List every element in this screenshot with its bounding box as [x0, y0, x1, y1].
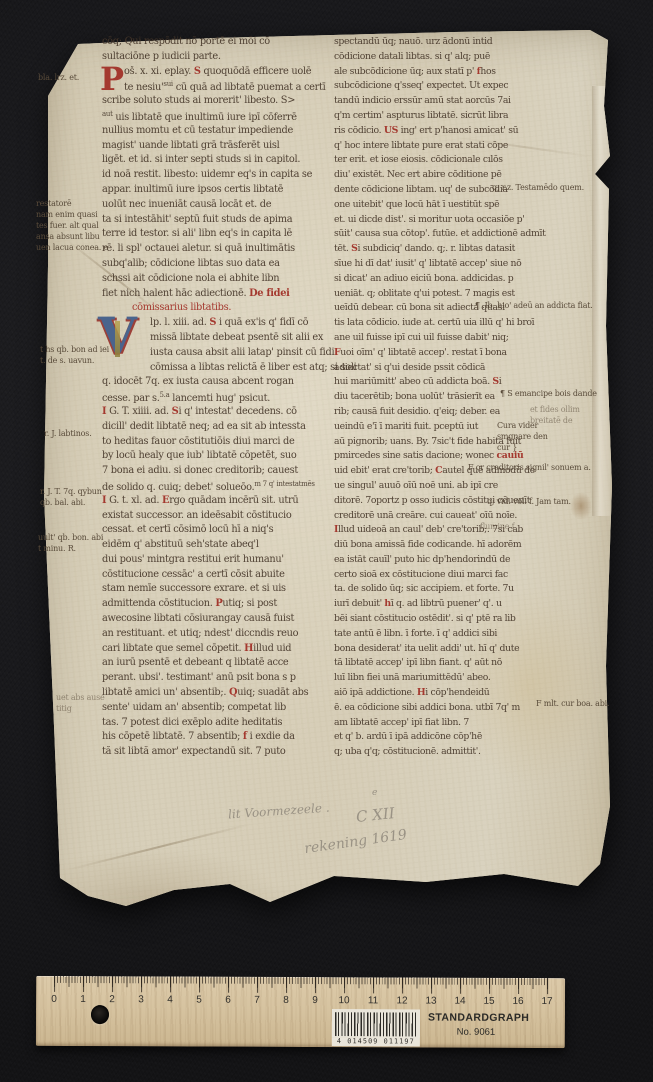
rubricated-text: H: [244, 643, 253, 654]
body-text: pmircedes sine satis dacione; wonec: [334, 450, 496, 461]
text-line: tandū indicio erssūr amū stat aorcūs 7ai: [334, 95, 494, 110]
ruler-cm-tick: [460, 978, 461, 994]
body-text: dente cōdicione libtam. uq' de subcōdia: [334, 184, 508, 195]
photograph: cōq; Qui respōdit nō portē ei mōi cōsult…: [0, 0, 653, 1082]
margin-note: Cura vider smgnare den cur }: [497, 420, 548, 453]
body-text: dicill' dedit libtatē neq; ad ea sit ab …: [102, 421, 306, 432]
ruler-number: 9: [305, 995, 325, 1006]
margin-note: r. J. T. 7q. qybunqb. bal. abi.: [40, 486, 102, 508]
body-text: fiet nich halent hāc adiectionē.: [102, 288, 249, 299]
text-line: spectandū ūq; nauō. urz ādonū intid: [334, 36, 494, 51]
body-text: si dicat' an adiuo eiciū bona. addicidas…: [334, 273, 513, 284]
text-line: et q' b. ardū ī ipā addicōne cōp'hē: [334, 731, 494, 746]
ruler-cm-tick: [315, 977, 316, 993]
rubricated-text: S: [194, 66, 201, 77]
body-text: cōmissa a libtas relictă ē liber est atq…: [150, 362, 357, 373]
body-text: i q' intestat' decedens. cō: [178, 406, 296, 417]
text-line: creditorē unā creāre. cui caueat' oīū no…: [334, 510, 494, 525]
body-text: ue singul' auuō oīū noē uni. ab ipī cre: [334, 480, 498, 491]
body-text: sīue hi dī dat' iusit' q' libtatē accep'…: [334, 258, 521, 269]
text-line: sūit' causa sua cōtop'. futūe. et addict…: [334, 228, 494, 243]
text-line: ligēt. et id. si inter septi studs si in…: [102, 154, 336, 169]
ruler-cm-tick: [286, 977, 287, 993]
ruler-number: 11: [363, 995, 383, 1006]
text-line: et. ui dicde dist'. si moritur uota occa…: [334, 214, 494, 229]
text-line: libtatē amici un' absentib;. Quiq; suadā…: [102, 687, 336, 702]
body-text: sūit' causa sua cōtop'. futūe. et addict…: [334, 228, 545, 239]
text-line: perant. ubsi'. testimant' anū psit bona …: [102, 672, 336, 687]
text-line: q; uba q'q; cōstitucionē. admittit'.: [334, 746, 494, 761]
ruler-cm-tick: [518, 978, 519, 994]
text-line: an iurū psentē et debeant q libtatē acce: [102, 657, 336, 672]
body-text: cesse. par s.: [102, 393, 160, 404]
body-text: am libtatē accep' ipī fiat libn. 7: [334, 717, 469, 728]
text-line: cesse. par s.5.a lancemti hug' psicut.: [102, 391, 336, 406]
body-text: i cōp'hendeidū: [425, 687, 489, 698]
text-line: awecosine libtati cōsiurangay causā fuis…: [102, 613, 336, 628]
text-line: ane uil fuisse ipī cui uil fuisse dabit'…: [334, 332, 494, 347]
text-line: one uitebit' que locū hāt ī uestitūt spē: [334, 199, 494, 214]
right-edge-fold: [592, 86, 614, 516]
body-text: lancemti hug' psicut.: [169, 393, 270, 404]
text-line: oš. x. xi. eplay. S quoquōdā efficere uo…: [102, 66, 336, 81]
body-text: magist' uande libtati grā trāsferēt uisl: [102, 140, 279, 151]
text-line: existat successor. an ideēsabit cōstituc…: [102, 510, 336, 525]
text-line: sultaciōne p iudicii parte.: [102, 51, 336, 66]
text-line: ue singul' auuō oīū noē uni. ab ipī cre: [334, 480, 494, 495]
text-line: an restituant. et utiq; ndest' diccndis …: [102, 628, 336, 643]
body-text: oš. x. xi. eplay.: [124, 66, 194, 77]
body-text: nullius momtu et cū testatur impediende: [102, 125, 293, 136]
text-line: ueindū e'ī ī mariti fuit. pceptū iut: [334, 421, 494, 436]
text-line: rē. li spl' octauei aletur. si quā inult…: [102, 243, 336, 258]
text-line: de solido q. cuiq; debet' solueōo.m 7 q'…: [102, 480, 336, 495]
text-line: hui mariūmitt' abeo cū addicta boā. Si: [334, 376, 494, 391]
text-line: nullius momtu et cū testatur impediende: [102, 125, 336, 140]
text-line: I G. t. xl. ad. Ergo quādam incērū sit. …: [102, 495, 336, 510]
body-text: cōq; Qui respōdit nō portē ei mōi cō: [102, 36, 270, 47]
barcode-block: 4 014509 011197: [332, 1009, 420, 1046]
body-text: tandū indicio erssūr amū stat aorcūs 7ai: [334, 95, 511, 106]
ruler-cm-tick: [83, 976, 84, 992]
text-line: adiectat' si q'ui deside pssit cōdicā: [334, 362, 494, 377]
body-text: ale subcōdicione ūq; aux statī p': [334, 66, 477, 77]
rubricated-text: h: [384, 598, 390, 609]
text-line: ueniāt. q; oblitate q'ui potest. 7 magis…: [334, 288, 494, 303]
text-line: tate antū ē libn. ī forte. ī q' addici s…: [334, 628, 494, 643]
body-text: stam nemīe successore exrare. et si uis: [102, 583, 286, 594]
body-text: aiō ipā addictione.: [334, 687, 417, 698]
body-text: hos: [480, 66, 495, 77]
text-line: fiet nich halent hāc adiectionē. De fide…: [102, 288, 336, 303]
text-line: rib; causā fuit desidio. q'eiq; deber. e…: [334, 406, 494, 421]
rubricated-text: De fidei: [249, 288, 289, 299]
ruler-cm-tick: [199, 977, 200, 993]
text-line: ter erit. et iose eiosis. cōdicionale cı…: [334, 154, 494, 169]
text-line: iusta causa absit alii latap' pinsit cū …: [102, 347, 336, 362]
text-line: aū pignorib; uans. By. 7sic't fide habit…: [334, 436, 494, 451]
text-line: cari libtate que semel cōpetit. Hillud u…: [102, 643, 336, 658]
text-line: stam nemīe successore exrare. et si uis: [102, 583, 336, 598]
ruler-number: 14: [450, 996, 470, 1007]
ruler-cm-tick: [112, 976, 113, 992]
body-text: libtatē amici un' absentib;.: [102, 687, 229, 698]
body-text: creditorē unā creāre. cui caueat' oīū no…: [334, 510, 517, 521]
text-line: cōq; Qui respōdit nō portē ei mōi cō: [102, 36, 336, 51]
body-text: tă sit libtă amor' expectandū sit. 7 put…: [102, 746, 286, 757]
body-text: subcōdicione q'sseq' expectet. Ut expec: [334, 80, 508, 91]
body-text: tā libtatē accep' ipī libn fiant. q' aūt…: [334, 657, 502, 668]
ruler-number: 0: [44, 994, 64, 1005]
text-line: ē. ea cōdicione sibi addici bona. utbī 7…: [334, 702, 494, 717]
ruler-number: 16: [508, 996, 528, 1007]
body-text: an restituant. et utiq; ndest' diccndis …: [102, 628, 298, 639]
ruler-cm-tick: [402, 977, 403, 993]
body-text: uiq; suadāt abs: [237, 687, 308, 698]
margin-note: flumine f: [480, 521, 514, 532]
ruler-hole: [91, 1005, 109, 1024]
body-text: perant. ubsi'. testimant' anū psit bona …: [102, 672, 296, 683]
body-text: tate antū ē libn. ī forte. ī q' addici s…: [334, 628, 497, 639]
text-line: tis lata cōdicio. iude at. certū uia ill…: [334, 317, 494, 332]
ruler-cm-tick: [257, 977, 258, 993]
ruler-number: 8: [276, 995, 296, 1006]
margin-note: ¶ .Ib. hio' adeū an addicta fiat.: [475, 300, 593, 311]
body-text: ris cōdicio.: [334, 125, 384, 136]
ruler-cm-tick: [170, 976, 171, 992]
text-line: q. idocēt 7q. ex iusta causa abcent roga…: [102, 376, 336, 391]
body-text: cari libtate que semel cōpetit.: [102, 643, 244, 654]
text-line: ris cōdicio. US ing' ert p'hanosi amicat…: [334, 125, 494, 140]
ruler-number: 3: [131, 994, 151, 1005]
margin-note: restatorēnam enim quasites fuer. alt qua…: [36, 198, 108, 253]
margin-note: F or creditoris signil' sonuem a.: [468, 462, 591, 473]
text-line: cōmissa a libtas relictă ē liber est atq…: [102, 362, 336, 377]
body-text: rib; causā fuit desidio. q'eiq; deber. e…: [334, 406, 500, 417]
text-line: cōstitucione cessāc' a certī cōsit abuit…: [102, 569, 336, 584]
ruler-cm-tick: [373, 977, 374, 993]
text-line: uolūt nec inueniāt causā locāt et. de: [102, 199, 336, 214]
ruler-number: 12: [392, 995, 412, 1006]
text-line: ta. de solido ūq; sic accipiem. et forte…: [334, 583, 494, 598]
body-text: iusta causa absit alii latap' pinsit cū …: [150, 347, 334, 358]
text-line: bona desiderat' ita uelit addi' ut. hī q…: [334, 643, 494, 658]
text-line: cessat. et certī cōsimō locū hī a niq's: [102, 524, 336, 539]
interlinear-gloss: 5.a: [160, 391, 170, 399]
body-text: quoquōdā efficere uolē: [201, 66, 312, 77]
body-text: tēt.: [334, 243, 351, 254]
text-line: id noā restit. libesto: uidemr eq's in c…: [102, 169, 336, 184]
body-text: tis lata cōdicio. iude at. certū uia ill…: [334, 317, 534, 328]
text-line: tā libtatē accep' ipī libn fiant. q' aūt…: [334, 657, 494, 672]
margin-note: bla. lrz. et.: [38, 72, 79, 83]
half-centimeter-ticks: [54, 976, 548, 989]
body-text: scribe soluto studs ai morerit' libesto.…: [102, 95, 295, 106]
ruler-number: 10: [334, 995, 354, 1006]
text-line: ta si intestāhit' septū fuit studs de ap…: [102, 214, 336, 229]
text-line: subq'alib; cōdicione libtas suo data ea: [102, 258, 336, 273]
body-text: an iurū psentē et debeant q libtatē acce: [102, 657, 288, 668]
body-text: i exdie da: [247, 731, 295, 742]
body-text: ter erit. et iose eiosis. cōdicionale cı…: [334, 154, 503, 165]
body-text: existat successor. an ideēsabit cōstituc…: [102, 510, 291, 521]
ruler-brand: STANDARDGRAPH: [428, 1012, 524, 1024]
text-line: 7 bona ei adiu. si donec creditorib; cau…: [102, 465, 336, 480]
body-text: one uitebit' que locū hāt ī uestitūt spē: [334, 199, 499, 210]
text-line: I G. T. xiiii. ad. Si q' intestat' deced…: [102, 406, 336, 421]
margin-note: q; r.z. Testamēdo quem.: [492, 182, 584, 193]
body-text: ing' ert p'hanosi amicat' sū: [398, 125, 518, 136]
ruler-number: 6: [218, 995, 238, 1006]
body-text: his cōpetē libtatē. 7 absentib;: [102, 731, 243, 742]
body-text: ta si intestāhit' septū fuit studs de ap…: [102, 214, 292, 225]
ruler-cm-tick: [54, 976, 55, 992]
body-text: G. T. xiiii. ad.: [106, 406, 171, 417]
text-line: diu tacerētib; bona uolūt' trāsierīt ea: [334, 391, 494, 406]
text-line: bēi siant cōstitucio ostēdit'. si q' ptē…: [334, 613, 494, 628]
text-line: diū bona amissā fide codicande. hī adorē…: [334, 539, 494, 554]
text-line: Illud uideoā an caul' deb' cre'torib;. 7…: [334, 524, 494, 539]
body-text: ta. de solido ūq; sic accipiem. et forte…: [334, 583, 514, 594]
body-text: luī libn fiei unā mariumittēdū' abeo.: [334, 672, 490, 683]
text-line: te nesiu'sui cū quā ad libtatē puemat a …: [102, 80, 336, 95]
ruler-cm-tick: [344, 977, 345, 993]
ruler-cm-tick: [547, 978, 548, 994]
ruler-number: 1: [73, 994, 93, 1005]
margin-note: r. J. labtinos.: [44, 428, 92, 439]
text-line: dente cōdicione libtam. uq' de subcōdia: [334, 184, 494, 199]
body-text: G. t. xl. ad.: [106, 495, 162, 506]
rubricated-text: H: [417, 687, 425, 698]
interlinear-gloss: sui: [163, 80, 172, 88]
text-line: tas. 7 potest dici exēplo adite heditati…: [102, 717, 336, 732]
ruler-number: 4: [160, 994, 180, 1005]
ruler-cm-tick: [141, 976, 142, 992]
pencil-note: e: [372, 788, 377, 798]
body-text: terre id testor. si ali' libn eq's in ca…: [102, 228, 292, 239]
margin-note: t hs qb. bon ad ieit. de s. uavun.: [40, 344, 109, 366]
text-line: ditorē. 7oportz p osso iudicis cōstitui …: [334, 495, 494, 510]
text-line: aut uis libtatē que inultimū iure ipī cō…: [102, 110, 336, 125]
body-text: cessat. et certī cōsimō locū hī a niq's: [102, 524, 273, 535]
ruler-number: 7: [247, 995, 267, 1006]
body-text: ueindū e'ī ī mariti fuit. pceptū iut: [334, 421, 478, 432]
body-text: by locū healy que iub' libtatē cōpetēt, …: [102, 450, 296, 461]
ruler-number: 2: [102, 994, 122, 1005]
text-line: ale subcōdicione ūq; aux statī p' fhos: [334, 66, 494, 81]
text-line: iurī debuit' hī q. ad libtrū puener' q'.…: [334, 598, 494, 613]
body-text: rgo quādam incērū sit. utrū: [169, 495, 298, 506]
body-text: ea istāt cauīl' puto hic dp'hendorindū d…: [334, 554, 510, 565]
body-text: uolūt nec inueniāt causā locāt et. de: [102, 199, 271, 210]
text-column-left: cōq; Qui respōdit nō portē ei mōi cōsult…: [102, 36, 336, 761]
body-text: certo sioā ex cōstitucione diui marci fa…: [334, 569, 508, 580]
text-line: appar. inultimū iure ipsos certis libtat…: [102, 184, 336, 199]
body-text: schssi ait cōdicione nola ei abhite libn: [102, 273, 279, 284]
body-text: i subdiciq' dando. q;. r. libtas datasit: [358, 243, 515, 254]
interlinear-gloss: aut: [102, 110, 113, 118]
body-text: subq'alib; cōdicione libtas suo data ea: [102, 258, 280, 269]
ruler-number: 15: [479, 996, 499, 1007]
body-text: q; uba q'q; cōstitucionē. admittit'.: [334, 746, 481, 757]
body-text: uoi oīm' q' libtatē accep'. restat ī bon…: [340, 347, 506, 358]
text-line: q'm certim' aspturus libtatē. sicrūt lib…: [334, 110, 494, 125]
body-text: te nesiu': [124, 82, 163, 93]
text-line: tă sit libtă amor' expectandū sit. 7 put…: [102, 746, 336, 761]
body-text: eidēm q' abstituū seh'state abeq'l: [102, 539, 259, 550]
ruler-cm-tick: [431, 978, 432, 994]
body-text: iurī debuit': [334, 598, 384, 609]
text-line: lp. l. xiii. ad. S i quā ex'is q' fidī c…: [102, 317, 336, 332]
margin-note: ¶ S emancipe bois dande: [500, 388, 597, 399]
crease-line: [67, 823, 252, 870]
interlinear-gloss: m 7 q' intestatmēs: [254, 480, 314, 488]
text-line: terre id testor. si ali' libn eq's in ca…: [102, 228, 336, 243]
rubricated-text: S: [351, 243, 357, 254]
rubricated-text: Q: [229, 687, 237, 698]
ruler-number: 17: [537, 996, 557, 1007]
wooden-ruler: 01234567891011121314151617 4 014509 0111…: [36, 976, 565, 1048]
body-text: adiectat' si q'ui deside pssit cōdicā: [334, 362, 485, 373]
text-line: q' hoc intere libtate pure erat stati cō…: [334, 140, 494, 155]
body-text: i quā ex'is q' fidī cō: [216, 317, 308, 328]
body-text: cū quā ad libtatē puemat a certī: [173, 82, 326, 93]
ruler-cm-tick: [489, 978, 490, 994]
text-line: dicill' dedit libtatē neq; ad ea sit ab …: [102, 421, 336, 436]
text-line: admittenda cōstitucion. Putiq; si post: [102, 598, 336, 613]
margin-note: F mlt. cur boa. abi.: [536, 698, 609, 709]
text-line: to heditas fauor cōstitutiōis diui marci…: [102, 436, 336, 451]
body-text: tas. 7 potest dici exēplo adite heditati…: [102, 717, 282, 728]
body-text: illud uid: [253, 643, 291, 654]
body-text: awecosine libtati cōsiurangay causā fuis…: [102, 613, 294, 624]
rubricated-text: cōmissarius libtatibs.: [132, 302, 231, 313]
body-text: bona desiderat' ita uelit addi' ut. hī q…: [334, 643, 519, 654]
body-text: ane uil fuisse ipī cui uil fuisse dabit'…: [334, 332, 509, 343]
text-line: ea istāt cauīl' puto hic dp'hendorindū d…: [334, 554, 494, 569]
body-text: diu tacerētib; bona uolūt' trāsierīt ea: [334, 391, 495, 402]
body-text: q' hoc intere libtate pure erat stati cō…: [334, 140, 508, 151]
body-text: diu' existēt. Nec ert abire cōditione pē: [334, 169, 502, 180]
body-text: 7 bona ei adiu. si donec creditorib; cau…: [102, 465, 298, 476]
ruler-brand-block: STANDARDGRAPH No. 9061: [428, 1012, 524, 1038]
body-text: missā libtate debeat psentē sit alii ex: [150, 332, 323, 343]
text-line: Fuoi oīm' q' libtatē accep'. restat ī bo…: [334, 347, 494, 362]
body-text: aū pignorib; uans. By. 7sic't fide habit…: [334, 436, 521, 447]
body-text: sente' uidam an' absentib; competat lib: [102, 702, 286, 713]
margin-note: uet abs ausetitig: [56, 692, 105, 714]
body-text: id noā restit. libesto: uidemr eq's in c…: [102, 169, 312, 180]
text-line: luī libn fiei unā mariumittēdū' abeo.: [334, 672, 494, 687]
text-line: sīue hi dī dat' iusit' q' libtatē accep'…: [334, 258, 494, 273]
barcode-icon: [332, 1009, 420, 1037]
body-text: lp. l. xiii. ad.: [150, 317, 209, 328]
ruler-number: 13: [421, 996, 441, 1007]
body-text: utiq; si post: [222, 598, 277, 609]
margin-note: q; vid. vol. f. Jam tam.: [487, 496, 571, 507]
ruler-model: No. 9061: [428, 1027, 524, 1038]
body-text: uis libtatē que inultimū iure ipī cōferr…: [113, 112, 297, 123]
body-text: admittenda cōstitucion.: [102, 598, 215, 609]
text-line: sente' uidam an' absentib; competat lib: [102, 702, 336, 717]
text-line: by locū healy que iub' libtatē cōpetēt, …: [102, 450, 336, 465]
text-line: magist' uande libtati grā trāsferēt uisl: [102, 140, 336, 155]
text-column-right: spectandū ūq; nauō. urz ādonū intidcōdic…: [334, 36, 494, 761]
text-line: subcōdicione q'sseq' expectet. Ut expec: [334, 80, 494, 95]
body-text: ligēt. et id. si inter septi studs si in…: [102, 154, 300, 165]
ruler-cm-tick: [228, 977, 229, 993]
text-line: missā libtate debeat psentē sit alii ex: [102, 332, 336, 347]
body-text: ē. ea cōdicione sibi addici bona. utbī 7…: [334, 702, 520, 713]
stain: [570, 492, 592, 520]
body-text: q'm certim' aspturus libtatē. sicrūt lib…: [334, 110, 508, 121]
body-text: cōdicione datali libtas. si q' alq; puē: [334, 51, 490, 62]
body-text: rē. li spl' octauei aletur. si quā inult…: [102, 243, 295, 254]
body-text: diū bona amissā fide codicande. hī adorē…: [334, 539, 521, 550]
text-line: scribe soluto studs ai morerit' libesto.…: [102, 95, 336, 110]
text-line: cōdicione datali libtas. si q' alq; puē: [334, 51, 494, 66]
body-text: hui mariūmitt' abeo cū addicta boā.: [334, 376, 492, 387]
body-text: dui pous' mintgra restitui erit humanu': [102, 554, 284, 565]
text-line: si dicat' an adiuo eiciū bona. addicidas…: [334, 273, 494, 288]
barcode-digits: 4 014509 011197: [332, 1037, 420, 1046]
text-line: certo sioā ex cōstitucione diui marci fa…: [334, 569, 494, 584]
body-text: et q' b. ardū ī ipā addicōne cōp'hē: [334, 731, 482, 742]
margin-note: uult' qb. bon. abit minu. R.: [38, 532, 103, 554]
text-line: cōmissarius libtatibs.: [102, 302, 336, 317]
body-text: ī q. ad libtrū puener' q'. u: [391, 598, 502, 609]
text-line: aiō ipā addictione. Hi cōp'hendeidū: [334, 687, 494, 702]
rubricated-initial-p: P: [100, 63, 124, 95]
body-text: cōstitucione cessāc' a certī cōsit abuit…: [102, 569, 285, 580]
body-text: spectandū ūq; nauō. urz ādonū intid: [334, 36, 492, 47]
text-line: his cōpetē libtatē. 7 absentib; f i exdi…: [102, 731, 336, 746]
text-line: dui pous' mintgra restitui erit humanu': [102, 554, 336, 569]
body-text: ueniāt. q; oblitate q'ui potest. 7 magis…: [334, 288, 515, 299]
text-line: eidēm q' abstituū seh'state abeq'l: [102, 539, 336, 554]
text-line: tēt. Si subdiciq' dando. q;. r. libtas d…: [334, 243, 494, 258]
text-line: ueīdū debear. cū bona sit adiecta quasi: [334, 302, 494, 317]
body-text: bēi siant cōstitucio ostēdit'. si q' ptē…: [334, 613, 516, 624]
rubricated-text: S: [492, 376, 498, 387]
body-text: q. idocēt 7q. ex iusta causa abcent roga…: [102, 376, 294, 387]
body-text: to heditas fauor cōstitutiōis diui marci…: [102, 436, 295, 447]
body-text: appar. inultimū iure ipsos certis libtat…: [102, 184, 283, 195]
body-text: uid ebit' erat cre'torib;: [334, 465, 435, 476]
rubricated-text: US: [384, 125, 398, 136]
text-line: schssi ait cōdicione nola ei abhite libn: [102, 273, 336, 288]
body-text: de solido q. cuiq; debet' solueōo.: [102, 482, 254, 493]
ruler-number: 5: [189, 995, 209, 1006]
body-text: et. ui dicde dist'. si moritur uota occa…: [334, 214, 524, 225]
text-line: am libtatē accep' ipī fiat libn. 7: [334, 717, 494, 732]
text-line: diu' existēt. Nec ert abire cōditione pē: [334, 169, 494, 184]
